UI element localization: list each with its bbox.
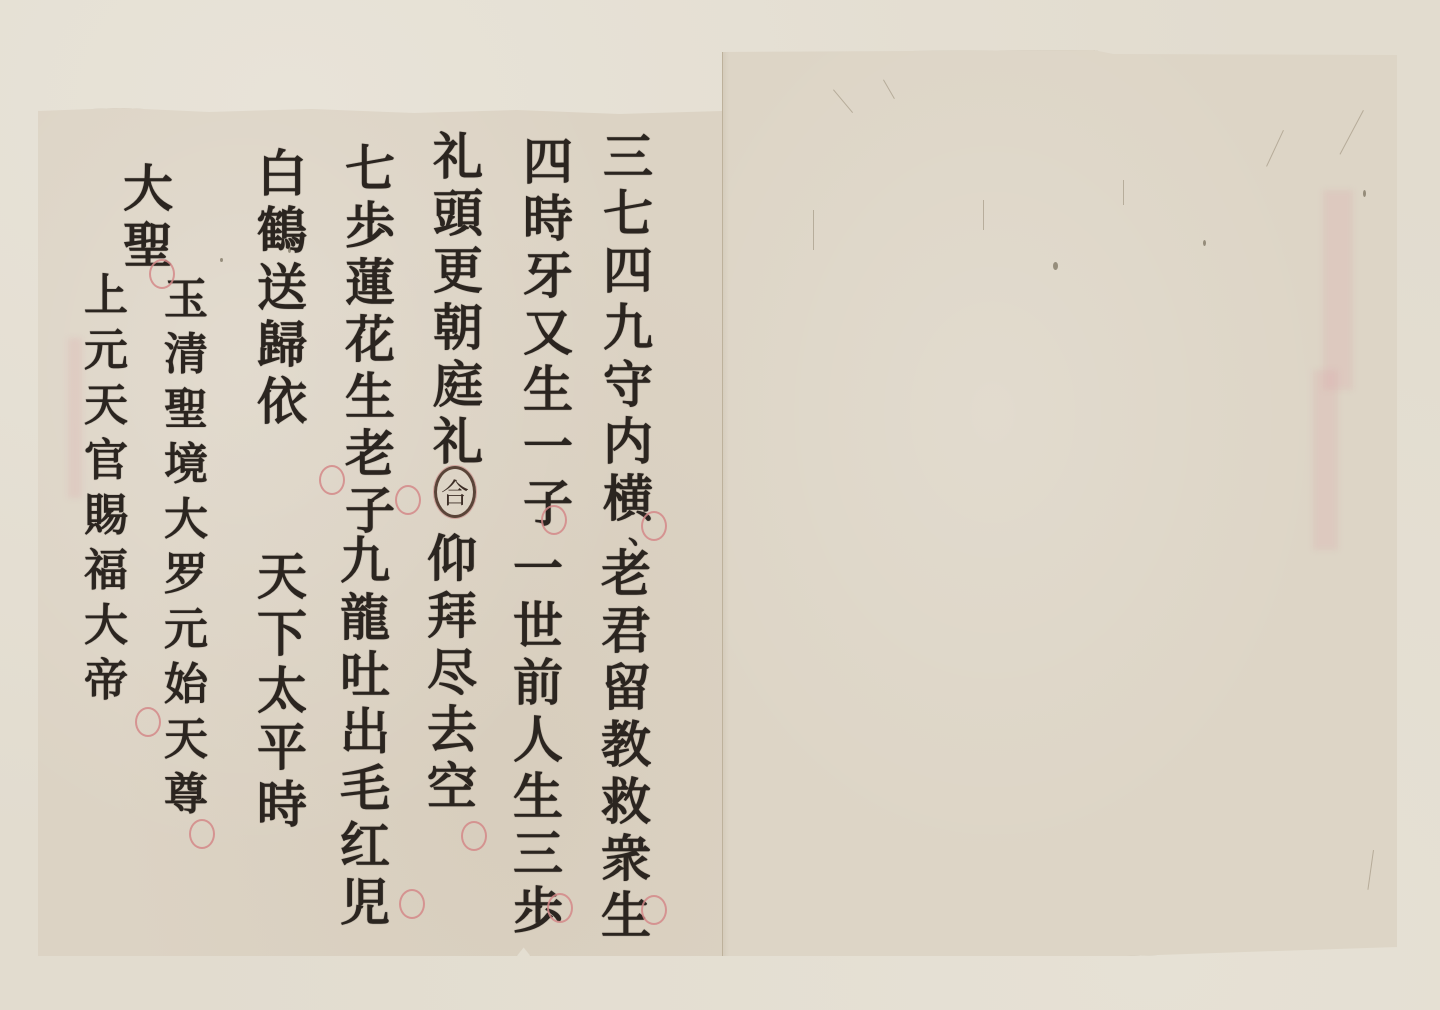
character: 賜 <box>84 488 128 543</box>
speck <box>1203 240 1206 246</box>
text-column-col1b: 老君留教救衆生 <box>596 545 656 944</box>
text-column-col2: 四時牙又生一子 <box>518 133 578 532</box>
text-column-col3b: 仰拜尽去空 <box>422 530 482 815</box>
character: 九 <box>340 532 390 589</box>
character: 清 <box>164 327 208 382</box>
character: 九 <box>603 299 653 356</box>
character: 四 <box>603 242 653 299</box>
character: 花 <box>345 311 395 368</box>
character: 救 <box>601 773 651 830</box>
text-column-col6: 玉清聖境大罗元始天尊 <box>156 272 216 822</box>
character: 留 <box>601 659 651 716</box>
character: 官 <box>84 433 128 488</box>
character: 七 <box>603 185 653 242</box>
character: 四 <box>523 133 573 190</box>
speck <box>220 258 223 262</box>
speck <box>1053 262 1058 270</box>
character: 聖 <box>164 382 208 437</box>
character: 庭 <box>433 356 483 413</box>
fiber <box>813 210 814 250</box>
text-column-col4: 七歩蓮花生老子 <box>340 140 400 539</box>
fiber <box>1340 110 1364 155</box>
character: 礼 <box>433 128 483 185</box>
character: 内 <box>603 413 653 470</box>
character: 出 <box>340 703 390 760</box>
red-circle-mark <box>395 485 421 515</box>
red-circle-mark <box>135 707 161 737</box>
character: 尽 <box>427 644 477 701</box>
speck <box>1363 190 1366 197</box>
character: 拜 <box>427 587 477 644</box>
character: 教 <box>601 716 651 773</box>
text-column-col1: 三七四九守内横、 <box>598 128 658 541</box>
character: 天 <box>257 548 307 605</box>
character: 龍 <box>340 589 390 646</box>
text-column-col5: 白鶴送歸依 <box>252 145 312 430</box>
character: 君 <box>601 602 651 659</box>
circled-char: 合 <box>441 472 469 512</box>
character: 朝 <box>433 299 483 356</box>
red-circle-mark <box>149 259 175 289</box>
character: 太 <box>257 662 307 719</box>
fiber <box>983 200 984 230</box>
character: 尊 <box>164 767 208 822</box>
character: 天 <box>84 378 128 433</box>
fiber <box>883 80 895 100</box>
character: 帝 <box>84 653 128 708</box>
stain <box>1313 370 1338 550</box>
red-circle-mark <box>319 465 345 495</box>
character: 吐 <box>340 646 390 703</box>
character: 世 <box>513 597 563 654</box>
character: 空 <box>427 758 477 815</box>
character: 依 <box>257 373 307 430</box>
character: 鶴 <box>257 202 307 259</box>
character: 三 <box>603 128 653 185</box>
character: 上 <box>84 268 128 323</box>
character: 牙 <box>523 247 573 304</box>
red-circle-mark <box>461 821 487 851</box>
character: 生 <box>523 361 573 418</box>
red-circle-mark <box>541 505 567 535</box>
character: 人 <box>513 711 563 768</box>
manuscript-leaf-right-blank <box>722 50 1397 956</box>
character: 衆 <box>601 830 651 887</box>
character: 元 <box>84 323 128 378</box>
red-circle-mark <box>641 511 667 541</box>
text-column-col4b: 九龍吐出毛红児 <box>335 532 395 931</box>
character: 更 <box>433 242 483 299</box>
character: 毛 <box>340 760 390 817</box>
character: 老 <box>345 425 395 482</box>
character: 送 <box>257 259 307 316</box>
fiber <box>1367 850 1374 890</box>
character: 大 <box>84 598 128 653</box>
red-circle-mark <box>189 819 215 849</box>
character: 红 <box>340 817 390 874</box>
character: 老 <box>601 545 651 602</box>
character: 生 <box>345 368 395 425</box>
character: 一 <box>523 418 573 475</box>
character: 境 <box>164 437 208 492</box>
text-column-col5b: 天下太平時 <box>252 548 312 833</box>
character: 歩 <box>345 197 395 254</box>
character: 大 <box>164 492 208 547</box>
stain <box>1323 190 1353 390</box>
character: 平 <box>257 719 307 776</box>
character: 一 <box>513 540 563 597</box>
character: 頭 <box>433 185 483 242</box>
character: 三 <box>513 825 563 882</box>
red-circle-mark <box>399 889 425 919</box>
character: 罗 <box>164 547 208 602</box>
fiber <box>1123 180 1124 205</box>
fiber <box>1266 130 1284 167</box>
character: 前 <box>513 654 563 711</box>
text-column-col2b: 一世前人生三歩 <box>508 540 568 939</box>
character: 蓮 <box>345 254 395 311</box>
character: 白 <box>257 145 307 202</box>
character: 時 <box>257 776 307 833</box>
text-column-col7: 大聖 <box>118 160 178 274</box>
character: 元 <box>164 602 208 657</box>
character: 大 <box>123 160 173 217</box>
character: 福 <box>84 543 128 598</box>
character: 七 <box>345 140 395 197</box>
character: 守 <box>603 356 653 413</box>
character: 去 <box>427 701 477 758</box>
red-circle-mark <box>547 893 573 923</box>
character: 始 <box>164 657 208 712</box>
character: 下 <box>257 605 307 662</box>
character: 時 <box>523 190 573 247</box>
character: 仰 <box>427 530 477 587</box>
inline-circled-character: 合 <box>434 466 476 518</box>
fiber <box>833 89 853 113</box>
character: 児 <box>340 874 390 931</box>
character: 礼 <box>433 413 483 470</box>
red-circle-mark <box>641 895 667 925</box>
character: 生 <box>513 768 563 825</box>
text-column-col3: 礼頭更朝庭礼 <box>428 128 488 470</box>
character: 歸 <box>257 316 307 373</box>
character: 又 <box>523 304 573 361</box>
text-column-col8: 上元天官賜福大帝 <box>76 268 136 708</box>
character: 天 <box>164 712 208 767</box>
